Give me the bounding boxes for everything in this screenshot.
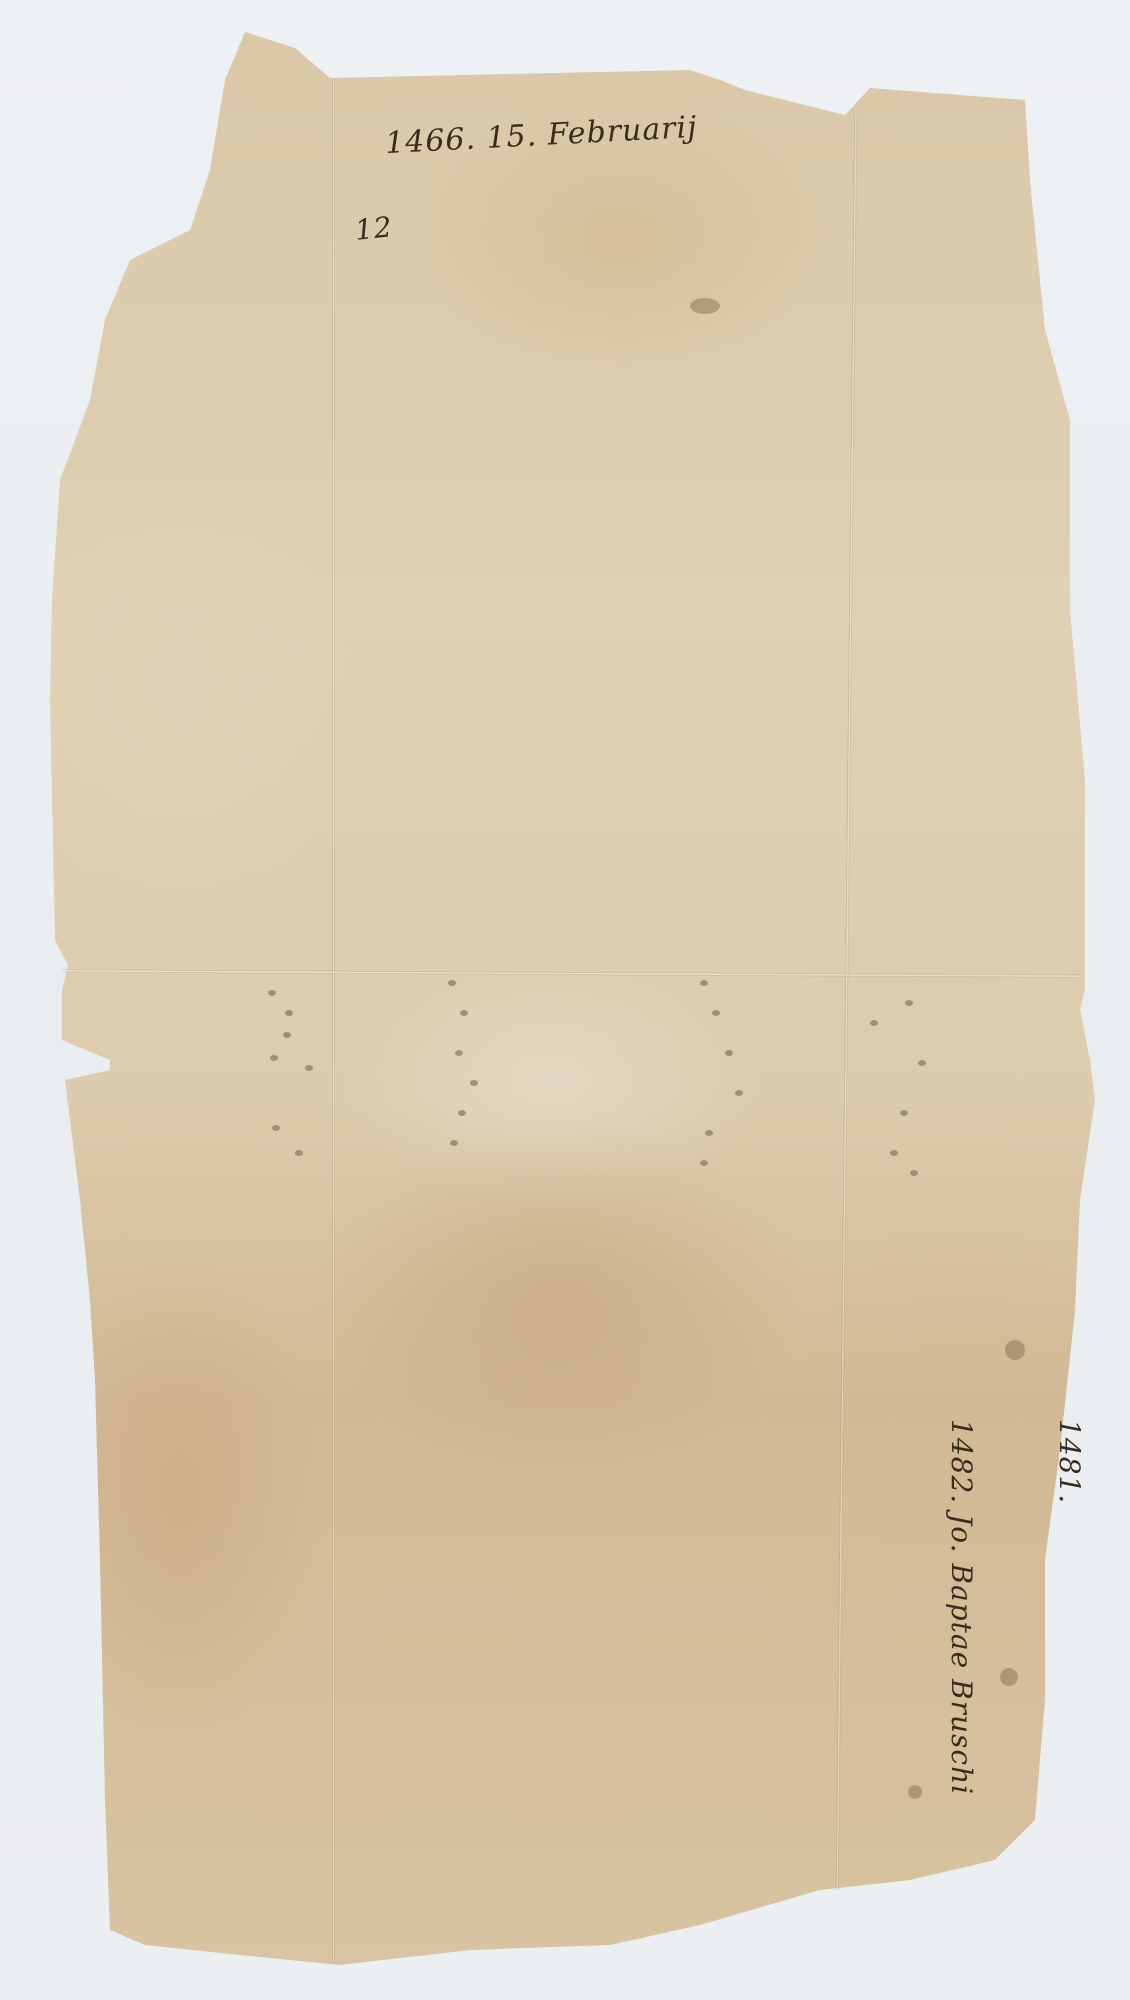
side-endorsement-line1: 1481. — [1051, 1419, 1087, 1759]
stain-spot — [1005, 1340, 1025, 1360]
side-endorsement-line2: 1482. Jo. Baptae Bruschi — [943, 1419, 979, 1759]
stain-spot — [690, 298, 720, 314]
stain-spot — [908, 1785, 922, 1799]
side-endorsement: 1481. 1482. Jo. Baptae Bruschi — [871, 1419, 1130, 1759]
photo-backdrop: 1466. 15. Februarij 12 1481. 1482. Jo. B… — [0, 0, 1130, 2000]
folio-number: 12 — [353, 210, 394, 247]
